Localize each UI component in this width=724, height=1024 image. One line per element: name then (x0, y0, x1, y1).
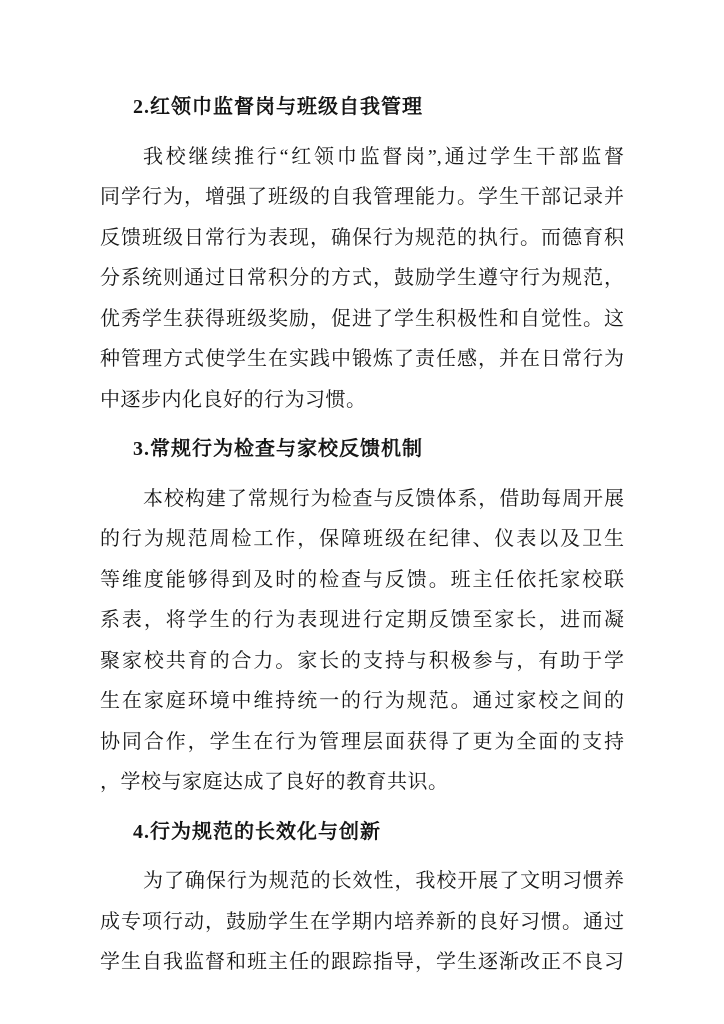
text-line: 成专项行动，鼓励学生在学期内培养新的良好习惯。通过 (100, 902, 624, 943)
text-line: 本校构建了常规行为检查与反馈体系，借助每周开展 (100, 479, 624, 520)
text-line: 聚家校共育的合力。家长的支持与积极参与，有助于学 (100, 641, 624, 682)
text-line: 等维度能够得到及时的检查与反馈。班主任依托家校联 (100, 560, 624, 601)
text-line: 生在家庭环境中维持统一的行为规范。通过家校之间的 (100, 681, 624, 722)
text-line: 同学行为，增强了班级的自我管理能力。学生干部记录并 (100, 177, 624, 218)
text-line: 为了确保行为规范的长效性，我校开展了文明习惯养 (100, 861, 624, 902)
paragraph-red-scarf: 我校继续推行“红领巾监督岗”,通过学生干部监督 同学行为，增强了班级的自我管理能… (100, 137, 624, 421)
document-page: 2.红领巾监督岗与班级自我管理 我校继续推行“红领巾监督岗”,通过学生干部监督 … (0, 0, 724, 1024)
text-line: 分系统则通过日常积分的方式，鼓励学生遵守行为规范， (100, 258, 624, 299)
paragraph-longterm: 为了确保行为规范的长效性，我校开展了文明习惯养 成专项行动，鼓励学生在学期内培养… (100, 861, 624, 983)
text-line: 反馈班级日常行为表现，确保行为规范的执行。而德育积 (100, 218, 624, 259)
paragraph-inspection: 本校构建了常规行为检查与反馈体系，借助每周开展 的行为规范周检工作，保障班级在纪… (100, 479, 624, 803)
text-line: ，学校与家庭达成了良好的教育共识。 (100, 762, 624, 803)
text-line: 种管理方式使学生在实践中锻炼了责任感，并在日常行为 (100, 339, 624, 380)
text-line: 系表，将学生的行为表现进行定期反馈至家长，进而凝 (100, 600, 624, 641)
section-heading-inspection: 3.常规行为检查与家校反馈机制 (100, 429, 624, 470)
text-line: 学生自我监督和班主任的跟踪指导，学生逐渐改正不良习 (100, 942, 624, 983)
section-heading-red-scarf: 2.红领巾监督岗与班级自我管理 (100, 87, 624, 128)
section-heading-longterm: 4.行为规范的长效化与创新 (100, 812, 624, 853)
text-line: 的行为规范周检工作，保障班级在纪律、仪表以及卫生 (100, 519, 624, 560)
text-line: 优秀学生获得班级奖励，促进了学生积极性和自觉性。这 (100, 299, 624, 340)
text-line: 我校继续推行“红领巾监督岗”,通过学生干部监督 (100, 137, 624, 178)
text-line: 协同合作，学生在行为管理层面获得了更为全面的支持 (100, 722, 624, 763)
text-line: 中逐步内化良好的行为习惯。 (100, 380, 624, 421)
document-content: 2.红领巾监督岗与班级自我管理 我校继续推行“红领巾监督岗”,通过学生干部监督 … (100, 78, 624, 983)
